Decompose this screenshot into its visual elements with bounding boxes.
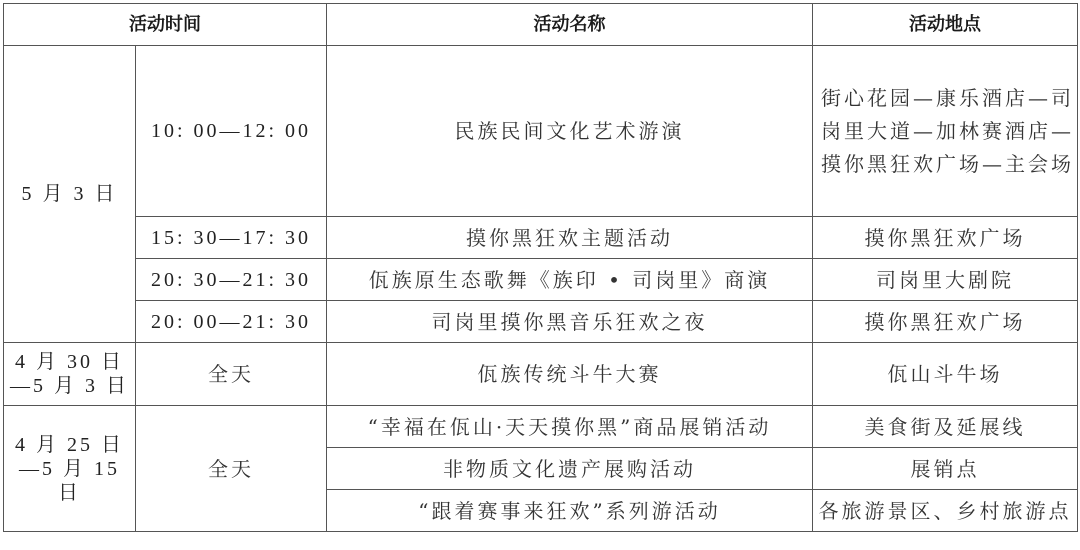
- table-row: 15: 30—17: 30 摸你黑狂欢主题活动 摸你黑狂欢广场: [4, 217, 1078, 259]
- activity-location-cell: 展销点: [813, 448, 1078, 490]
- table-row: 5 月 3 日 10: 00—12: 00 民族民间文化艺术游演 街心花园—康乐…: [4, 46, 1078, 217]
- time-cell: 20: 00—21: 30: [136, 301, 327, 343]
- date-range-start: 4 月 25 日: [4, 433, 135, 457]
- header-activity-name: 活动名称: [327, 4, 813, 46]
- activity-name-cell: 民族民间文化艺术游演: [327, 46, 813, 217]
- activity-location-cell: 司岗里大剧院: [813, 259, 1078, 301]
- activity-name-cell: 佤族传统斗牛大赛: [327, 343, 813, 406]
- time-cell: 20: 30—21: 30: [136, 259, 327, 301]
- table-row: 20: 30—21: 30 佤族原生态歌舞《族印 • 司岗里》商演 司岗里大剧院: [4, 259, 1078, 301]
- date-range-start: 4 月 30 日: [4, 350, 135, 374]
- table-row: 4 月 25 日 —5 月 15 日 全天 “幸福在佤山·天天摸你黑”商品展销活…: [4, 406, 1078, 448]
- header-row: 活动时间 活动名称 活动地点: [4, 4, 1078, 46]
- activity-name-cell: 司岗里摸你黑音乐狂欢之夜: [327, 301, 813, 343]
- time-cell: 全天: [136, 343, 327, 406]
- date-range-end: —5 月 15 日: [4, 457, 135, 505]
- activity-name-cell: “跟着赛事来狂欢”系列游活动: [327, 490, 813, 532]
- time-cell: 10: 00—12: 00: [136, 46, 327, 217]
- activity-name-cell: 摸你黑狂欢主题活动: [327, 217, 813, 259]
- table-row: 4 月 30 日 —5 月 3 日 全天 佤族传统斗牛大赛 佤山斗牛场: [4, 343, 1078, 406]
- activity-name-cell: “幸福在佤山·天天摸你黑”商品展销活动: [327, 406, 813, 448]
- activity-name-cell: 非物质文化遗产展购活动: [327, 448, 813, 490]
- table-row: 20: 00—21: 30 司岗里摸你黑音乐狂欢之夜 摸你黑狂欢广场: [4, 301, 1078, 343]
- time-cell: 全天: [136, 406, 327, 532]
- activity-location-cell: 摸你黑狂欢广场: [813, 301, 1078, 343]
- date-cell: 5 月 3 日: [4, 46, 136, 343]
- activity-name-cell: 佤族原生态歌舞《族印 • 司岗里》商演: [327, 259, 813, 301]
- header-activity-time: 活动时间: [4, 4, 327, 46]
- activity-location-cell: 街心花园—康乐酒店—司岗里大道—加林赛酒店—摸你黑狂欢广场—主会场: [813, 46, 1078, 217]
- date-range-cell: 4 月 30 日 —5 月 3 日: [4, 343, 136, 406]
- activity-location-cell: 摸你黑狂欢广场: [813, 217, 1078, 259]
- activity-location-cell: 各旅游景区、乡村旅游点: [813, 490, 1078, 532]
- date-range-cell: 4 月 25 日 —5 月 15 日: [4, 406, 136, 532]
- activity-schedule-table: 活动时间 活动名称 活动地点 5 月 3 日 10: 00—12: 00 民族民…: [3, 3, 1078, 532]
- time-cell: 15: 30—17: 30: [136, 217, 327, 259]
- header-activity-location: 活动地点: [813, 4, 1078, 46]
- activity-location-cell: 美食街及延展线: [813, 406, 1078, 448]
- date-range-end: —5 月 3 日: [4, 374, 135, 398]
- activity-location-cell: 佤山斗牛场: [813, 343, 1078, 406]
